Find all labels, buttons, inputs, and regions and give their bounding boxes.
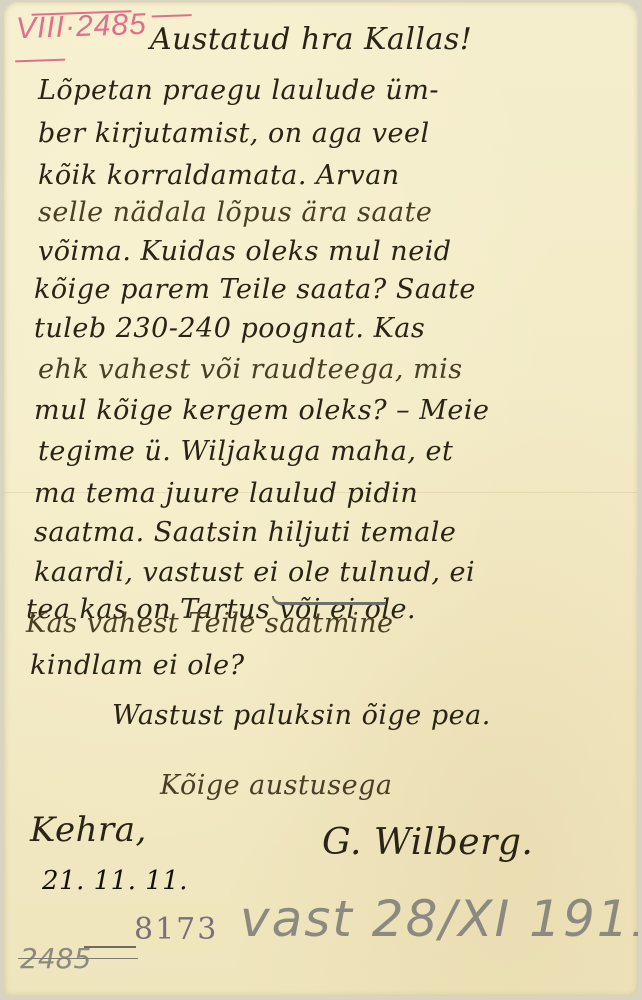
pencil-reply-note: vast 28/XI 1911 (240, 890, 638, 948)
stamped-number: 8173 (134, 912, 218, 947)
closing-request: Wastust paluksin õige pea. (112, 700, 491, 731)
salutation: Austatud hra Kallas! (150, 22, 472, 57)
body-line: Lõpetan praegu laulude üm- (38, 75, 439, 106)
body-line: saatma. Saatsin hiljuti temale (34, 517, 456, 548)
body-line: selle nädala lõpus ära saate (38, 197, 432, 228)
body-line: ehk vahest või raudteega, mis (38, 354, 463, 385)
postcard: VIII·2485 Austatud hra Kallas! Lõpetan p… (4, 2, 638, 996)
archive-mark: VIII·2485 (15, 8, 147, 47)
body-line: võima. Kuidas oleks mul neid (38, 236, 452, 267)
strike-line (84, 946, 136, 948)
body-line: Kas vahest Teile saatmine (26, 608, 393, 639)
body-line: tegime ü. Wiljakuga maha, et (38, 436, 453, 467)
body-line: mul kõige kergem oleks? – Meie (34, 395, 489, 426)
body-line: tuleb 230-240 poognat. Kas (34, 313, 425, 344)
body-line: kõik korraldamata. Arvan (38, 160, 400, 191)
signature: G. Wilberg. (322, 822, 533, 863)
closing: Kõige austusega (160, 770, 392, 801)
pencil-underline (272, 596, 386, 605)
archive-mark-rule (152, 14, 192, 17)
body-line: kaardi, vastust ei ole tulnud, ei (34, 557, 475, 588)
body-line: kõige parem Teile saata? Saate (34, 274, 476, 305)
body-line: ma tema juure laulud pidin (34, 478, 418, 509)
body-line: kindlam ei ole? (30, 650, 245, 681)
date: 21. 11. 11. (42, 866, 188, 896)
place: Kehra, (30, 810, 147, 850)
body-line: ber kirjutamist, on aga veel (38, 118, 430, 149)
archive-mark-rule (15, 59, 65, 63)
strike-line (18, 958, 138, 959)
